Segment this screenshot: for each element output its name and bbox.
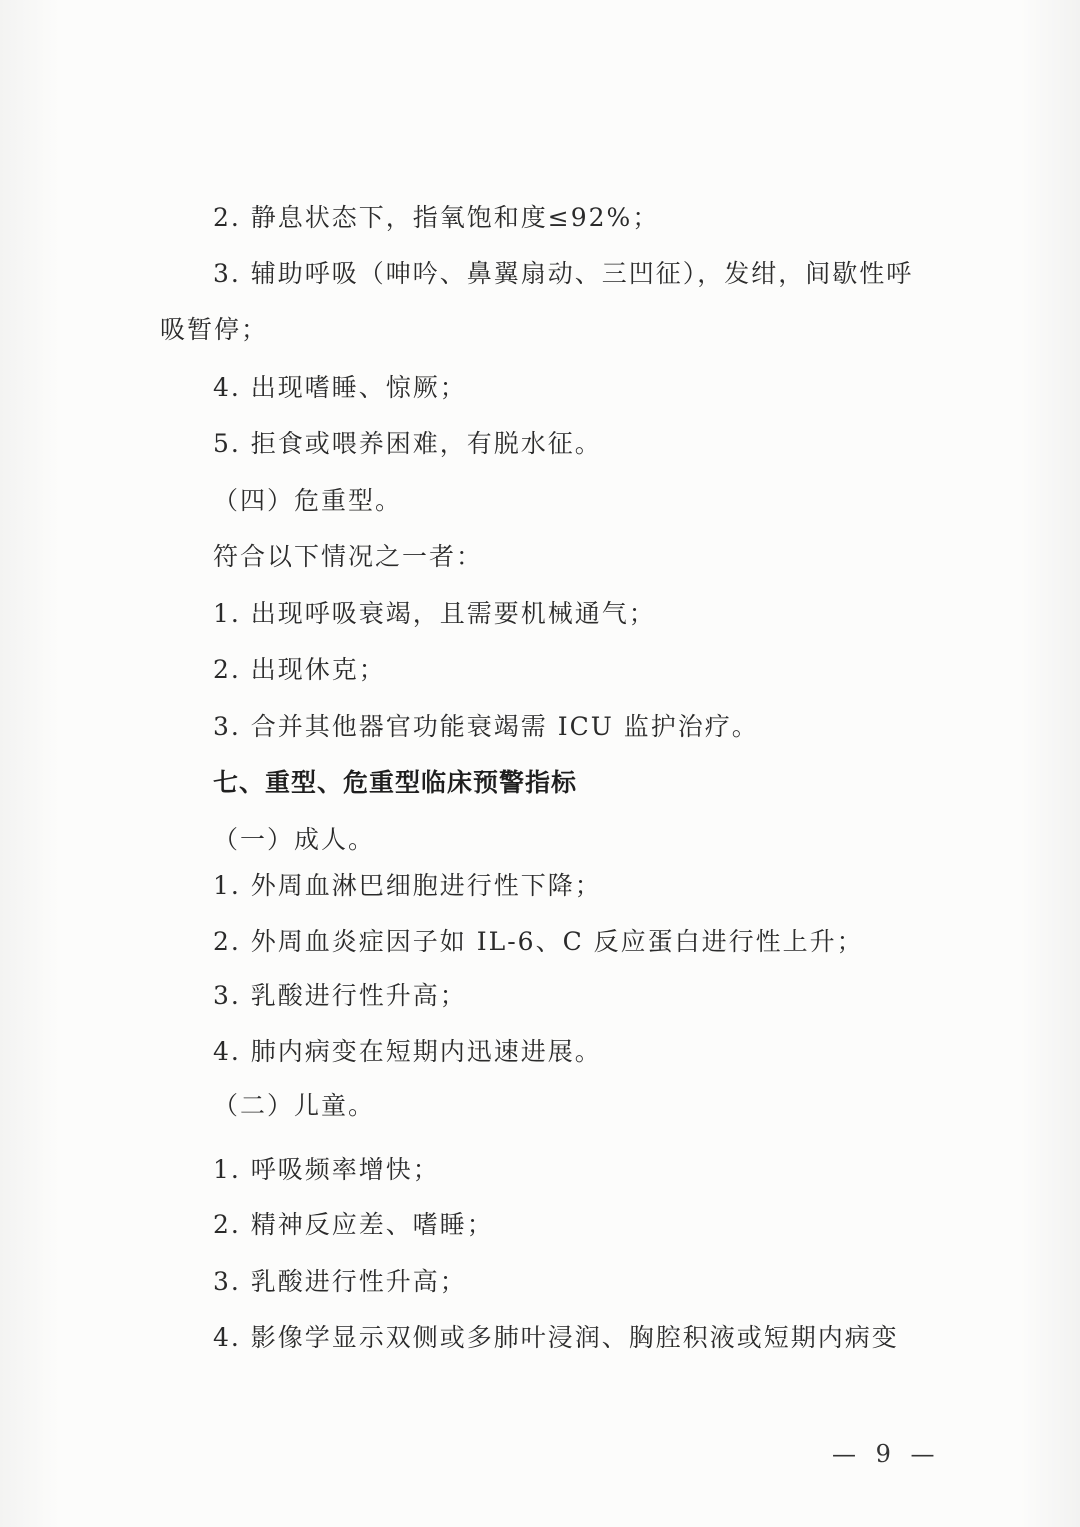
- text-line: 5. 拒食或喂养困难，有脱水征。: [213, 424, 602, 460]
- text-line: 符合以下情况之一者：: [213, 537, 483, 573]
- subsection-heading: （四）危重型。: [213, 481, 402, 517]
- page-number: — 9 —: [832, 1440, 941, 1468]
- section-heading: 七、重型、危重型临床预警指标: [213, 763, 577, 799]
- text-line: 1. 呼吸频率增快；: [213, 1150, 440, 1186]
- subsection-heading: （一）成人。: [213, 820, 375, 856]
- text-line: 吸暂停；: [160, 310, 268, 346]
- text-line: 2. 静息状态下，指氧饱和度≤92%；: [213, 198, 659, 234]
- text-line: 4. 影像学显示双侧或多肺叶浸润、胸腔积液或短期内病变: [213, 1318, 899, 1354]
- text-line: 1. 出现呼吸衰竭，且需要机械通气；: [213, 594, 656, 630]
- text-line: 2. 精神反应差、嗜睡；: [213, 1205, 494, 1241]
- text-line: 3. 合并其他器官功能衰竭需 ICU 监护治疗。: [213, 707, 759, 743]
- text-line: 4. 肺内病变在短期内迅速进展。: [213, 1032, 602, 1068]
- document-page: 2. 静息状态下，指氧饱和度≤92%； 3. 辅助呼吸（呻吟、鼻翼扇动、三凹征）…: [0, 0, 1080, 1527]
- text-line: 1. 外周血淋巴细胞进行性下降；: [213, 866, 602, 902]
- text-line: 2. 出现休克；: [213, 650, 386, 686]
- text-line: 3. 乳酸进行性升高；: [213, 976, 467, 1012]
- text-line: 4. 出现嗜睡、惊厥；: [213, 368, 467, 404]
- subsection-heading: （二）儿童。: [213, 1086, 375, 1122]
- text-line: 3. 乳酸进行性升高；: [213, 1262, 467, 1298]
- text-line: 2. 外周血炎症因子如 IL-6、C 反应蛋白进行性上升；: [213, 922, 864, 958]
- text-line: 3. 辅助呼吸（呻吟、鼻翼扇动、三凹征），发绀，间歇性呼: [213, 254, 913, 290]
